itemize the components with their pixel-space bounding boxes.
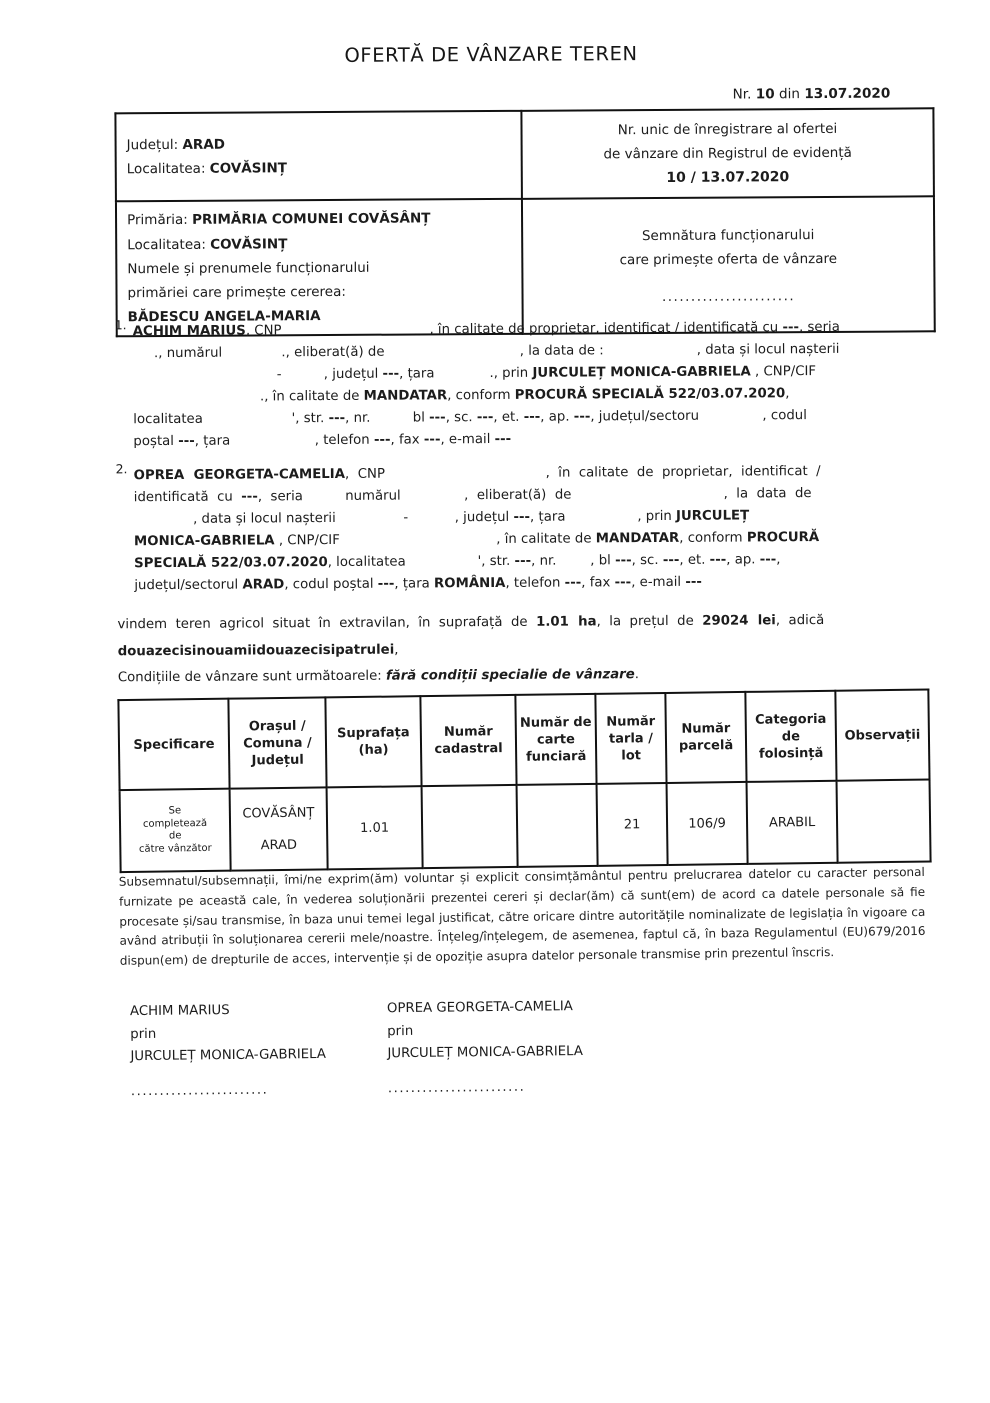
county-line: Județul: ARAD: [127, 130, 511, 157]
party2-line4: MONICA-GABRIELA , CNP/CIF , în calitate …: [134, 526, 903, 553]
cell-oras: COVĂSÂNȚ ARAD: [230, 787, 328, 870]
header-cell-county: Județul: ARAD Localitatea: COVĂSINȚ: [115, 111, 522, 201]
scanned-document-page: OFERTĂ DE VÂNZARE TEREN Nr. 10 din 13.07…: [0, 0, 990, 1403]
cell-parcela: 106/9: [667, 782, 748, 865]
party1-line5: localitatea ', str. ---, nr. bl ---, sc.…: [133, 404, 902, 431]
land-table-header-row: Specificare Orașul / Comuna / Județul Su…: [118, 690, 929, 791]
party2-signature-mandatar: JURCULEȚ MONICA-GABRIELA: [387, 1041, 583, 1066]
signature-block-party2: OPREA GEORGETA-CAMELIA prin JURCULEȚ MON…: [387, 996, 584, 1101]
header-parcela: Număr parcelă: [665, 692, 746, 783]
signatures-section: ACHIM MARIUS prin JURCULEȚ MONICA-GABRIE…: [2, 991, 990, 1002]
sale-line1: vindem teren agricol situat în extravila…: [117, 607, 903, 639]
cell-specificare: Se completează de către vânzător: [120, 789, 231, 872]
sale-conditions: Condițiile de vânzare sunt următoarele: …: [118, 663, 904, 690]
cell-cadastral: [422, 785, 518, 868]
cityhall-locality-line: Localitatea: COVĂSINȚ: [127, 230, 511, 257]
party2-signature-dotted-line: ........................: [388, 1076, 584, 1101]
party2-signature-prin: prin: [387, 1019, 583, 1044]
registration-value: 10 / 13.07.2020: [533, 164, 923, 190]
party1-line6: poștal ---, țara , telefon ---, fax ---,…: [133, 426, 902, 453]
party2-paragraph: 2. OPREA GEORGETA-CAMELIA, CNP , în cali…: [117, 461, 904, 597]
cell-tarla: 21: [597, 783, 668, 866]
party2-line2: identificată cu ---, seria numărul , eli…: [134, 482, 903, 509]
sale-conditions-line: Condițiile de vânzare sunt următoarele: …: [118, 663, 904, 690]
registration-number-line: Nr. 10 din 13.07.2020: [114, 86, 890, 107]
cell-observatii: [837, 780, 931, 863]
header-table: Județul: ARAD Localitatea: COVĂSINȚ Nr. …: [114, 107, 935, 337]
header-specificare: Specificare: [118, 699, 229, 790]
party1-signature-name: ACHIM MARIUS: [130, 999, 326, 1024]
party2-number: 2.: [116, 461, 128, 476]
header-observatii: Observații: [835, 690, 929, 781]
signature-label-line2: care primește oferta de vânzare: [533, 246, 923, 272]
party1-signature-mandatar: JURCULEȚ MONICA-GABRIELA: [130, 1044, 326, 1069]
land-table-wrapper: Specificare Orașul / Comuna / Județul Su…: [117, 689, 931, 874]
party1-signature-dotted-line: ........................: [131, 1079, 327, 1104]
official-label-line2: primăriei care primește cererea:: [127, 279, 511, 305]
header-suprafata: Suprafața (ha): [325, 696, 421, 787]
header-tarla-lot: Număr tarla / lot: [595, 693, 666, 784]
land-table-data-row: Se completează de către vânzător COVĂSÂN…: [120, 780, 931, 873]
party2-signature-name: OPREA GEORGETA-CAMELIA: [387, 996, 583, 1021]
header-numar-cadastral: Număr cadastral: [420, 695, 516, 786]
cell-carte-funciara: [517, 784, 598, 867]
header-oras-comuna-judet: Orașul / Comuna / Județul: [228, 697, 326, 788]
header-cell-signature: Semnătura funcționarului care primește o…: [522, 196, 935, 334]
locality-line: Localitatea: COVĂSINȚ: [127, 155, 511, 182]
sale-declaration: vindem teren agricol situat în extravila…: [117, 607, 903, 667]
consent-paragraph: Subsemnatul/subsemnații, îmi/ne exprim(ă…: [119, 863, 926, 972]
party1-paragraph: 1. ACHIM MARIUS, CNP , în calitate de pr…: [116, 317, 903, 453]
registration-title-line1: Nr. unic de înregistrare al ofertei: [532, 116, 922, 142]
header-cell-registration: Nr. unic de înregistrare al ofertei de v…: [521, 108, 934, 199]
document-title: OFERTĂ DE VÂNZARE TEREN: [0, 40, 986, 69]
registration-title-line2: de vânzare din Registrul de evidență: [533, 140, 923, 166]
header-categoria-folosinta: Categoria de folosință: [745, 691, 836, 782]
land-offer-table: Specificare Orașul / Comuna / Județul Su…: [117, 689, 931, 874]
party1-number: 1.: [115, 317, 127, 332]
header-cell-cityhall: Primăria: PRIMĂRIA COMUNEI COVĂSÂNȚ Loca…: [116, 199, 523, 336]
party1-signature-prin: prin: [130, 1022, 326, 1047]
cityhall-line: Primăria: PRIMĂRIA COMUNEI COVĂSÂNȚ: [127, 206, 511, 233]
cell-folosinta: ARABIL: [747, 781, 838, 864]
header-carte-funciara: Număr de carte funciară: [515, 694, 596, 785]
signature-dotted-line: .......................: [533, 284, 923, 308]
signature-label-line1: Semnătura funcționarului: [533, 222, 923, 248]
sale-line2: douazecisinouamiidouazecisipatrulei,: [118, 634, 904, 666]
cell-suprafata: 1.01: [327, 786, 423, 869]
official-label-line1: Numele și prenumele funcționarului: [127, 255, 511, 281]
signature-block-party1: ACHIM MARIUS prin JURCULEȚ MONICA-GABRIE…: [130, 999, 327, 1104]
party2-line6: județul/sectorul ARAD, codul poștal ---,…: [134, 570, 903, 597]
